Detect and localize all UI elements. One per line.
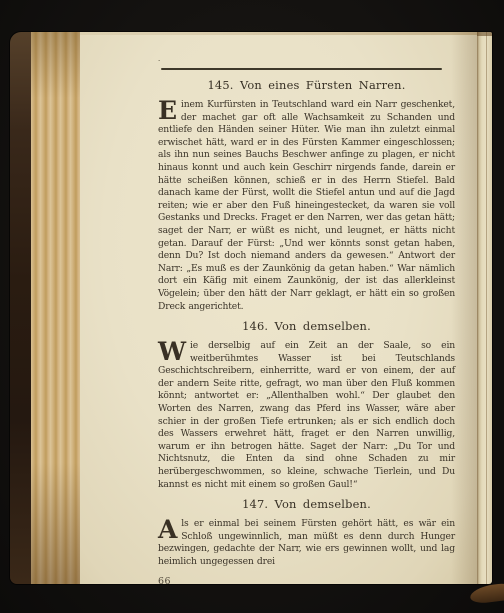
header-rule-row: · (158, 60, 455, 72)
page-number: 66 (158, 576, 455, 584)
horizontal-rule (161, 68, 442, 70)
section-heading-145: 145. Von eines Fürsten Narren. (158, 78, 455, 92)
section-heading-147: 147. Von demselben. (158, 497, 455, 511)
section-paragraph-146: Wie derselbig auf ein Zeit an der Saale,… (158, 340, 455, 491)
printed-content: · 145. Von eines Fürsten Narren. Einem K… (158, 60, 455, 584)
page-fore-edge (31, 32, 85, 584)
book: · 145. Von eines Fürsten Narren. Einem K… (10, 32, 492, 584)
drop-cap-initial: E (158, 100, 177, 122)
paragraph-text: ie derselbig auf ein Zeit an der Saale, … (158, 340, 455, 490)
cover-corner (469, 583, 504, 605)
paragraph-text: inem Kurfürsten in Teutschland ward ein … (158, 99, 455, 312)
section-paragraph-147: Als er einmal bei seinem Fürsten gehört … (158, 518, 455, 568)
drop-cap-initial: A (158, 519, 177, 541)
photo-backdrop: · 145. Von eines Fürsten Narren. Einem K… (0, 0, 504, 613)
book-page: · 145. Von eines Fürsten Narren. Einem K… (80, 32, 477, 584)
drop-cap-initial: W (158, 341, 186, 363)
facing-page-edge (477, 32, 492, 584)
section-paragraph-145: Einem Kurfürsten in Teutschland ward ein… (158, 99, 455, 313)
paragraph-text: ls er einmal bei seinem Fürsten gehört h… (158, 518, 455, 567)
printers-mark: · (158, 57, 160, 65)
section-heading-146: 146. Von demselben. (158, 319, 455, 333)
